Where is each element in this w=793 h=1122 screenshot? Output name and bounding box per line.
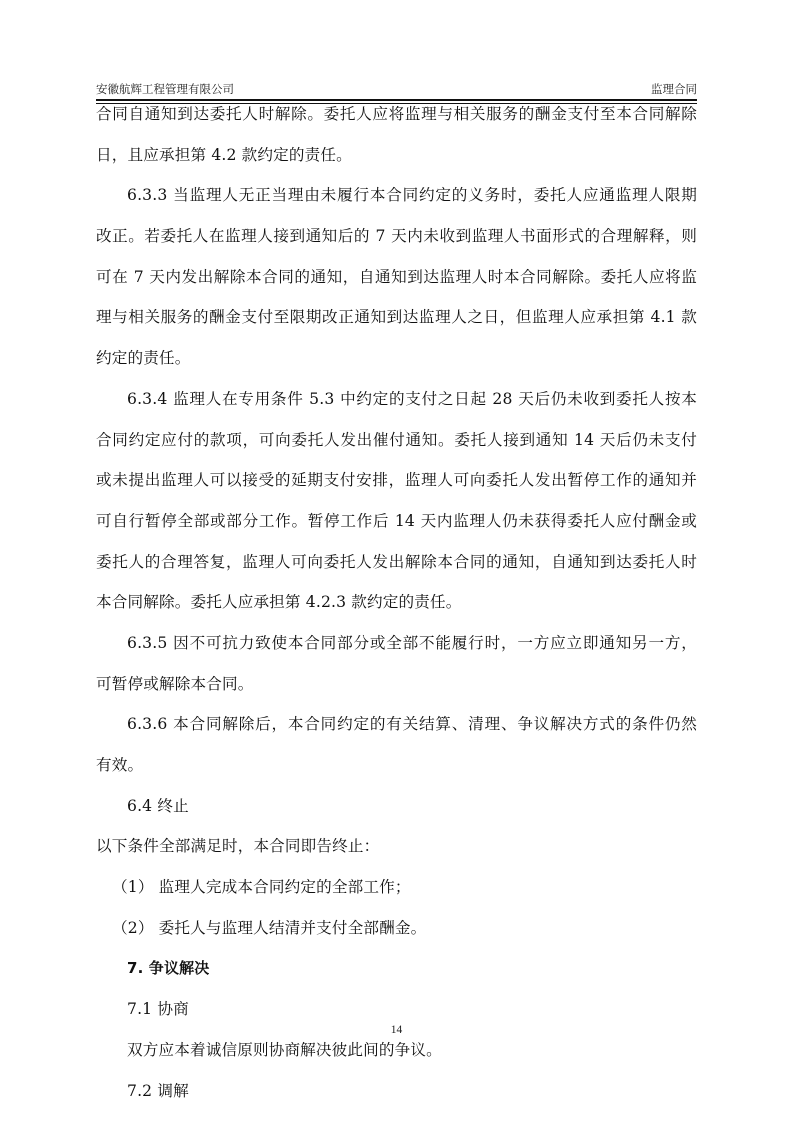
- list-item-2: （2） 委托人与监理人结清并支付全部酬金。: [96, 908, 697, 949]
- body-line: 以下条件全部满足时，本合同即告终止：: [96, 826, 697, 867]
- clause-6-3-5: 6.3.5 因不可抗力致使本合同部分或全部不能履行时，一方应立即通知另一方，: [96, 623, 697, 664]
- section-7-heading: 7. 争议解决: [96, 948, 697, 989]
- body-line: 或未提出监理人可以接受的延期支付安排，监理人可向委托人发出暂停工作的通知并: [96, 460, 697, 501]
- document-body: 合同自通知到达委托人时解除。委托人应将监理与相关服务的酬金支付至本合同解除 日，…: [96, 94, 697, 1111]
- list-item-1: （1） 监理人完成本合同约定的全部工作；: [96, 867, 697, 908]
- body-line: 改正。若委托人在监理人接到通知后的 7 天内未收到监理人书面形式的合理解释，则: [96, 216, 697, 257]
- body-line: 可自行暂停全部或部分工作。暂停工作后 14 天内监理人仍未获得委托人应付酬金或: [96, 501, 697, 542]
- body-line: 本合同解除。委托人应承担第 4.2.3 款约定的责任。: [96, 582, 697, 623]
- clause-6-3-3: 6.3.3 当监理人无正当理由未履行本合同约定的义务时，委托人应通监理人限期: [96, 175, 697, 216]
- section-6-4-heading: 6.4 终止: [96, 786, 697, 827]
- body-line: 合同约定应付的款项，可向委托人发出催付通知。委托人接到通知 14 天后仍未支付: [96, 420, 697, 461]
- body-line: 日，且应承担第 4.2 款约定的责任。: [96, 135, 697, 176]
- body-line: 可暂停或解除本合同。: [96, 664, 697, 705]
- body-line: 合同自通知到达委托人时解除。委托人应将监理与相关服务的酬金支付至本合同解除: [96, 94, 697, 135]
- clause-6-3-4: 6.3.4 监理人在专用条件 5.3 中约定的支付之日起 28 天后仍未收到委托…: [96, 379, 697, 420]
- body-line: 理与相关服务的酬金支付至限期改正通知到达监理人之日，但监理人应承担第 4.1 款: [96, 297, 697, 338]
- page-number: 14: [0, 1024, 793, 1036]
- body-line: 委托人的合理答复，监理人可向委托人发出解除本合同的通知，自通知到达委托人时: [96, 542, 697, 583]
- body-line: 可在 7 天内发出解除本合同的通知，自通知到达监理人时本合同解除。委托人应将监: [96, 257, 697, 298]
- section-7-2-heading: 7.2 调解: [96, 1071, 697, 1112]
- body-line: 有效。: [96, 745, 697, 786]
- clause-6-3-6: 6.3.6 本合同解除后，本合同约定的有关结算、清理、争议解决方式的条件仍然: [96, 704, 697, 745]
- body-line: 约定的责任。: [96, 338, 697, 379]
